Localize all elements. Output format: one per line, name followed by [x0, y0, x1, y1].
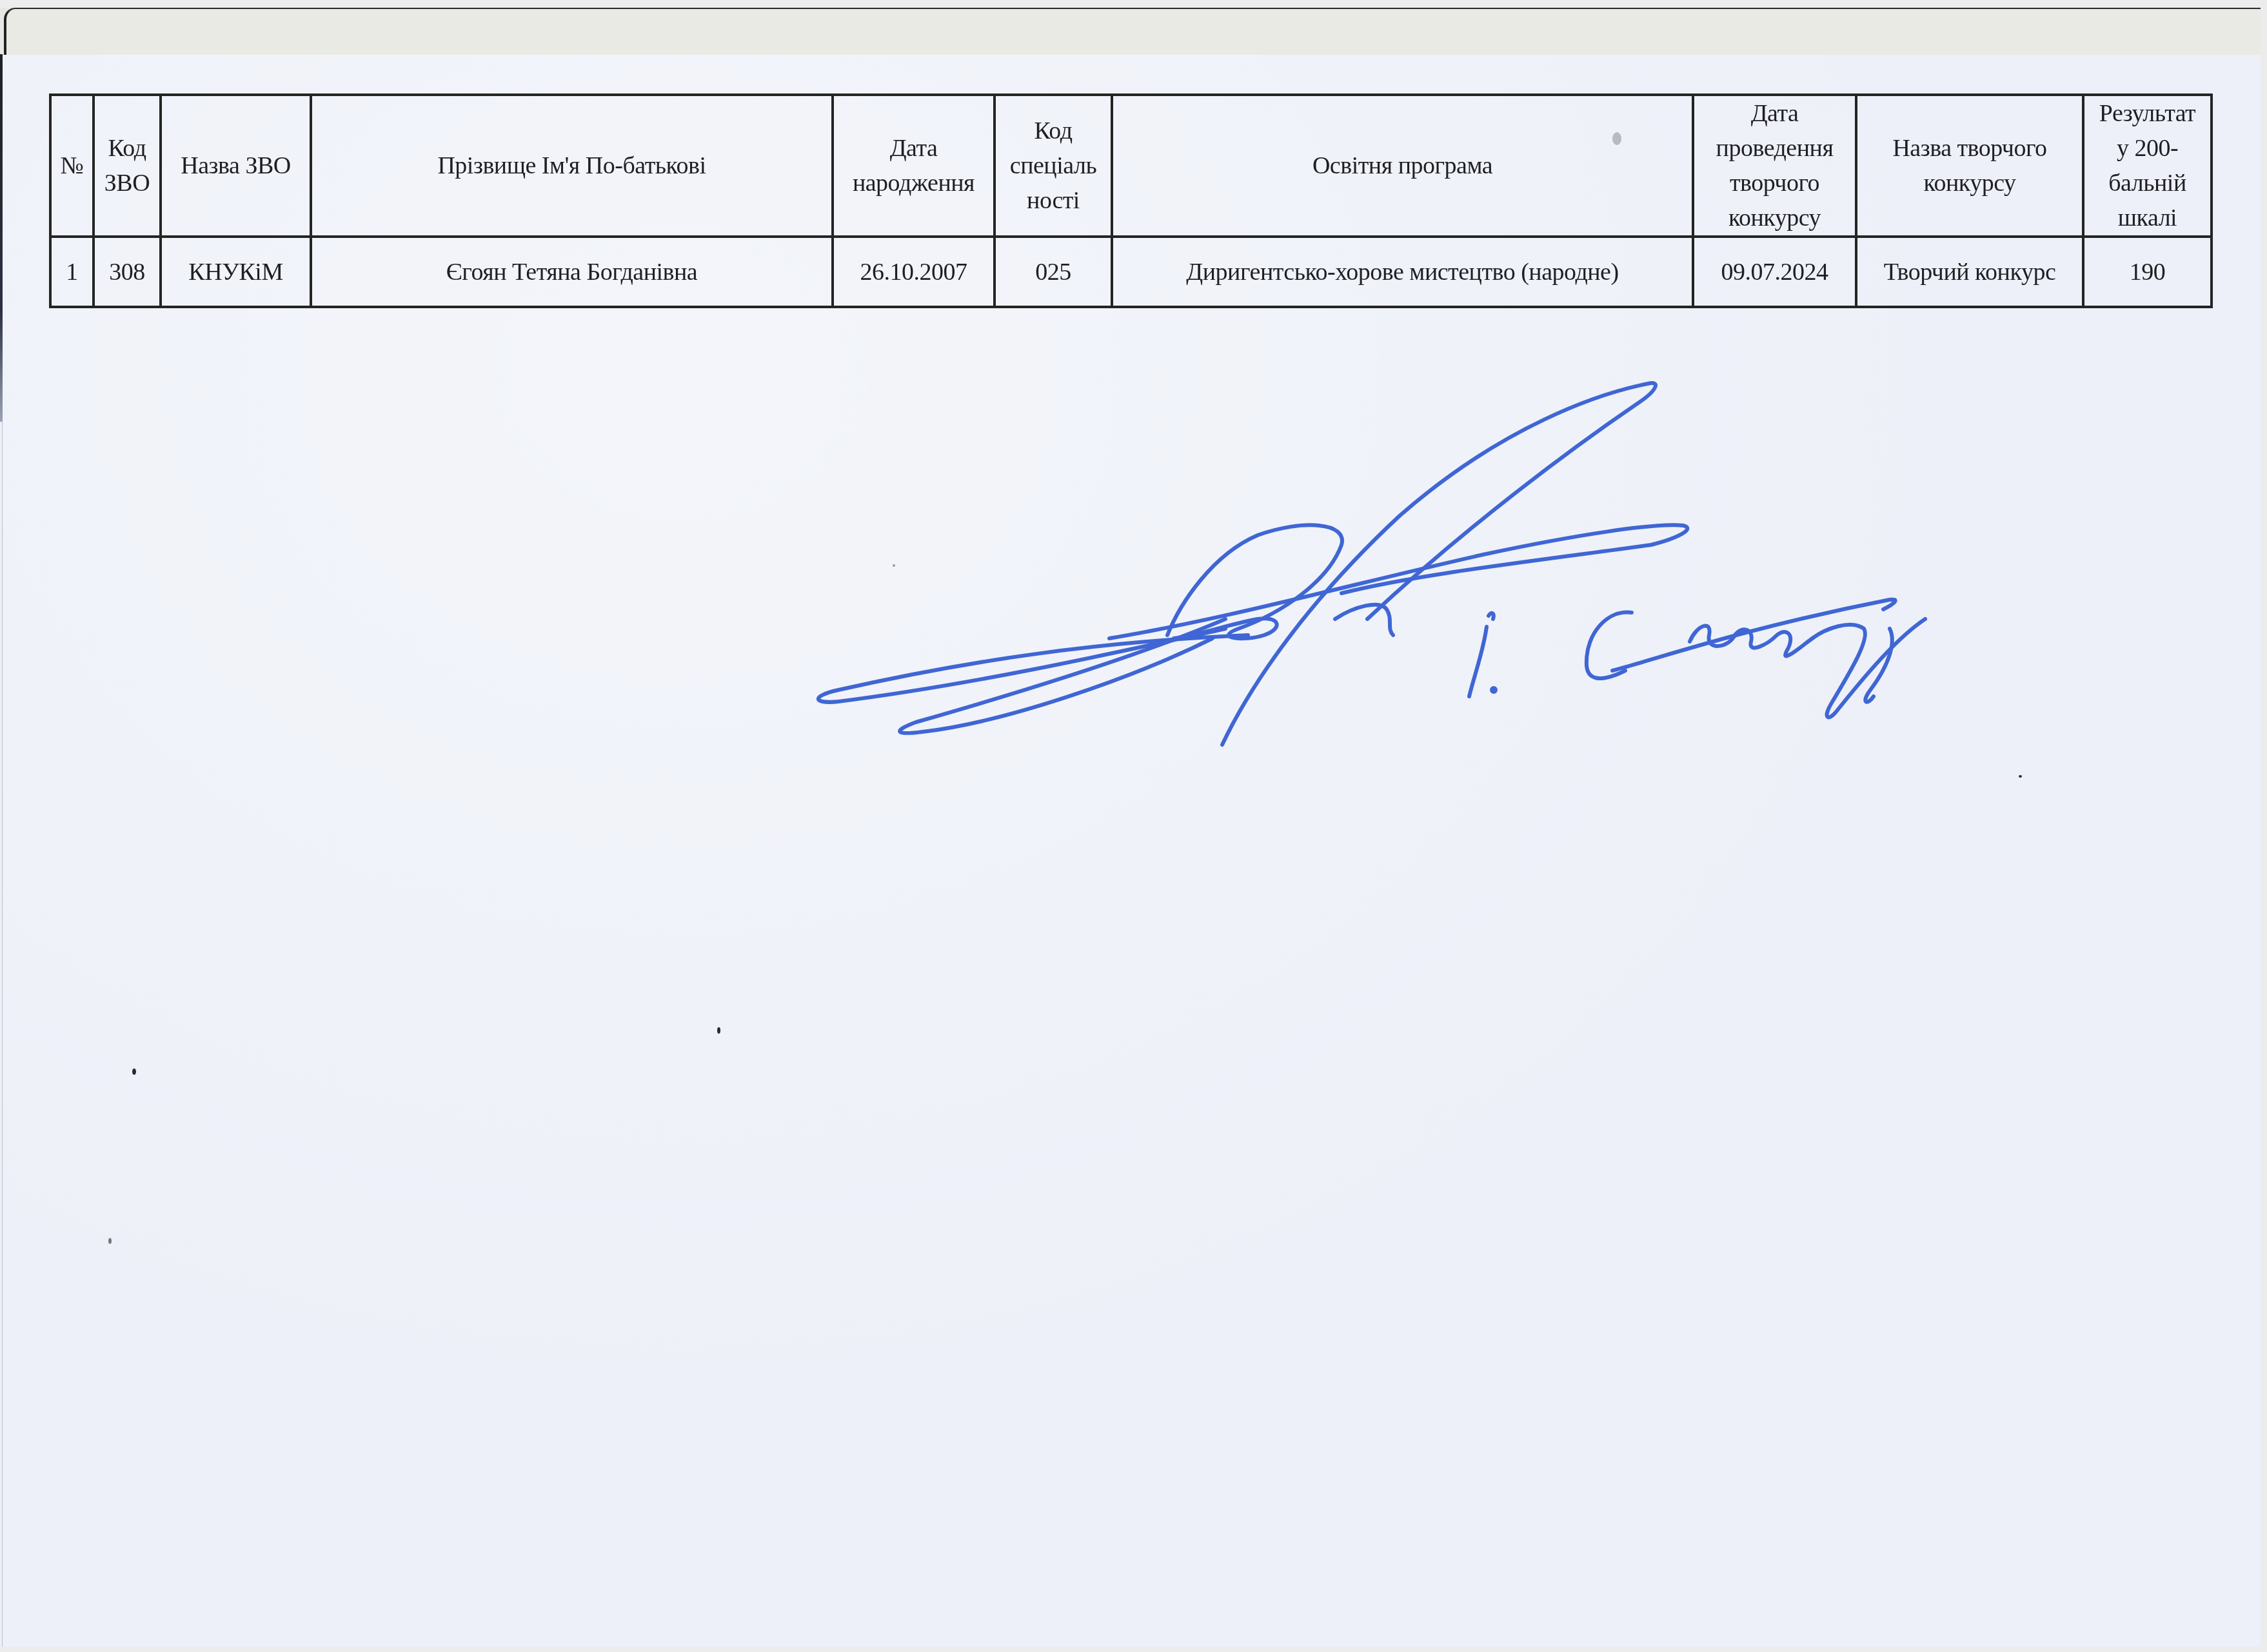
scanner-left-edge-line — [2, 422, 3, 1647]
header-contest-date: Дата проведення творчого конкурсу — [1693, 95, 1856, 237]
cell-score: 190 — [2083, 237, 2212, 307]
header-institution-name-label: Назва ЗВО — [181, 148, 290, 183]
header-contest-name-label: Назва творчого конкурсу — [1892, 131, 2046, 201]
header-institution-name: Назва ЗВО — [161, 95, 311, 237]
cell-number: 1 — [50, 237, 94, 307]
scan-speck — [893, 564, 895, 567]
header-birth-date-label: Дата народження — [853, 131, 975, 201]
cell-birth-date: 26.10.2007 — [833, 237, 995, 307]
header-full-name-label: Прізвище Ім'я По-батькові — [437, 148, 706, 183]
header-contest-name: Назва творчого конкурсу — [1856, 95, 2083, 237]
cell-full-name: Єгоян Тетяна Богданівна — [311, 237, 833, 307]
header-specialty-code-label: Код спеціаль ності — [1010, 113, 1096, 218]
header-program-label: Освітня програма — [1312, 148, 1492, 183]
scanner-bottom-margin — [0, 1647, 2267, 1652]
scan-speck — [132, 1068, 136, 1075]
header-program: Освітня програма — [1112, 95, 1693, 237]
header-specialty-code: Код спеціаль ності — [995, 95, 1112, 237]
scanner-left-edge — [0, 54, 3, 422]
table-row: 1 308 КНУКіМ Єгоян Тетяна Богданівна 26.… — [50, 237, 2212, 307]
scanner-top-margin — [0, 0, 2267, 55]
header-institution-code-label: Код ЗВО — [104, 131, 150, 201]
scan-speck — [108, 1238, 112, 1244]
cell-institution-name: КНУКіМ — [161, 237, 311, 307]
admission-results-table: № Код ЗВО Назва ЗВО Прізвище Ім'я По-бат… — [49, 93, 2213, 308]
scanner-right-margin — [2261, 0, 2267, 1652]
scan-speck — [1612, 132, 1621, 145]
cell-contest-date: 09.07.2024 — [1693, 237, 1856, 307]
cell-contest-name: Творчий конкурс — [1856, 237, 2083, 307]
header-birth-date: Дата народження — [833, 95, 995, 237]
table-header-row: № Код ЗВО Назва ЗВО Прізвище Ім'я По-бат… — [50, 95, 2212, 237]
cell-program: Диригентсько-хорове мистецтво (народне) — [1112, 237, 1693, 307]
cell-institution-code: 308 — [94, 237, 161, 307]
cell-specialty-code: 025 — [995, 237, 1112, 307]
header-number: № — [50, 95, 94, 237]
scan-speck — [717, 1027, 720, 1034]
scan-speck — [2019, 775, 2022, 778]
header-full-name: Прізвище Ім'я По-батькові — [311, 95, 833, 237]
header-score-label: Результат у 200- бальній шкалі — [2099, 96, 2195, 235]
header-institution-code: Код ЗВО — [94, 95, 161, 237]
header-score: Результат у 200- бальній шкалі — [2083, 95, 2212, 237]
header-contest-date-label: Дата проведення творчого конкурсу — [1716, 96, 1834, 235]
header-number-label: № — [61, 148, 84, 183]
